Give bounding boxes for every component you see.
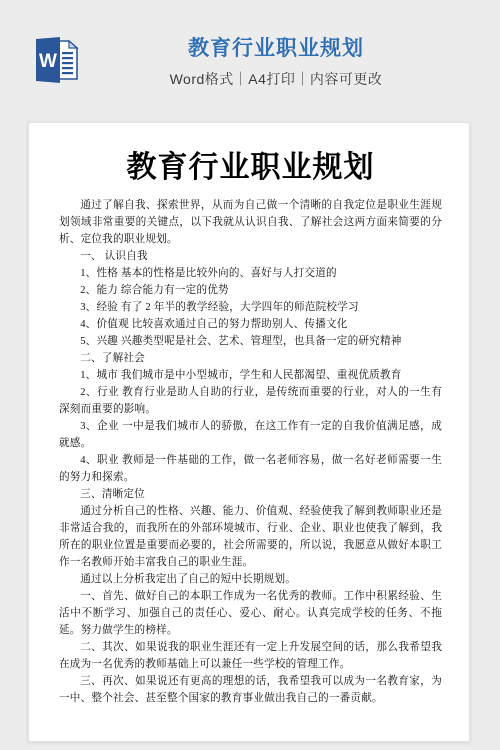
document-page: 教育行业职业规划 通过了解自我、探索世界，从而为自己做一个清晰的自我定位是职业生… — [28, 122, 470, 742]
document-paragraph: 一、 认识自我 — [59, 248, 442, 265]
document-paragraph: 4、价值观 比较喜欢通过自己的努力帮助别人、传播文化 — [59, 316, 442, 333]
document-paragraph: 三、再次、如果说还有更高的理想的话，我希望我可以成为一名教育家，为一中、整个社会… — [59, 673, 442, 707]
document-paragraph: 一、首先、做好自己的本职工作成为一名优秀的教师。工作中积累经验、生活中不断学习、… — [59, 588, 442, 639]
document-title: 教育行业职业规划 — [59, 149, 442, 187]
document-paragraph: 3、企业 一中是我们城市人的骄傲，在这工作有一定的自我价值满足感，成就感。 — [59, 418, 442, 452]
document-paragraph: 通过了解自我、探索世界，从而为自己做一个清晰的自我定位是职业生涯规划领域非常重要… — [59, 197, 442, 248]
document-paragraph: 2、能力 综合能力有一定的优势 — [59, 282, 442, 299]
header-subtitle: Word格式｜A4打印｜内容可更改 — [52, 69, 500, 89]
header-text-block: 教育行业职业规划 Word格式｜A4打印｜内容可更改 — [0, 36, 500, 89]
document-paragraph: 二、其次、如果说我的职业生涯还有一定上升发展空间的话，那么我希望我在成为一名优秀… — [59, 639, 442, 673]
document-body: 通过了解自我、探索世界，从而为自己做一个清晰的自我定位是职业生涯规划领域非常重要… — [59, 197, 442, 707]
document-paragraph: 4、职业 教师是一件基础的工作，做一名老师容易，做一名好老师需要一生的努力和探索… — [59, 452, 442, 486]
document-paragraph: 2、行业 教育行业是助人自助的行业，是传统而重要的行业，对人的一生有深刻而重要的… — [59, 384, 442, 418]
document-paragraph: 三、清晰定位 — [59, 486, 442, 503]
document-paragraph: 二、了解社会 — [59, 350, 442, 367]
template-preview-page: { "header": { "title": "教育行业职业规划", "subt… — [0, 0, 500, 750]
header-title: 教育行业职业规划 — [52, 36, 500, 62]
document-paragraph: 通过以上分析我定出了自己的短中长期规划。 — [59, 571, 442, 588]
document-paragraph: 3、经验 有了 2 年半的教学经验，大学四年的师范院校学习 — [59, 299, 442, 316]
document-paragraph: 1、城市 我们城市是中小型城市，学生和人民都渴望、重视优质教育 — [59, 367, 442, 384]
document-paragraph: 通过分析自己的性格、兴趣、能力、价值观、经验使我了解到教师职业还是非常适合我的，… — [59, 503, 442, 571]
template-header: W 教育行业职业规划 Word格式｜A4打印｜内容可更改 — [0, 0, 500, 115]
document-paragraph: 5、兴趣 兴趣类型呢是社会、艺术、管理型，也具备一定的研究精神 — [59, 333, 442, 350]
document-paragraph: 1、性格 基本的性格是比较外向的、喜好与人打交道的 — [59, 265, 442, 282]
